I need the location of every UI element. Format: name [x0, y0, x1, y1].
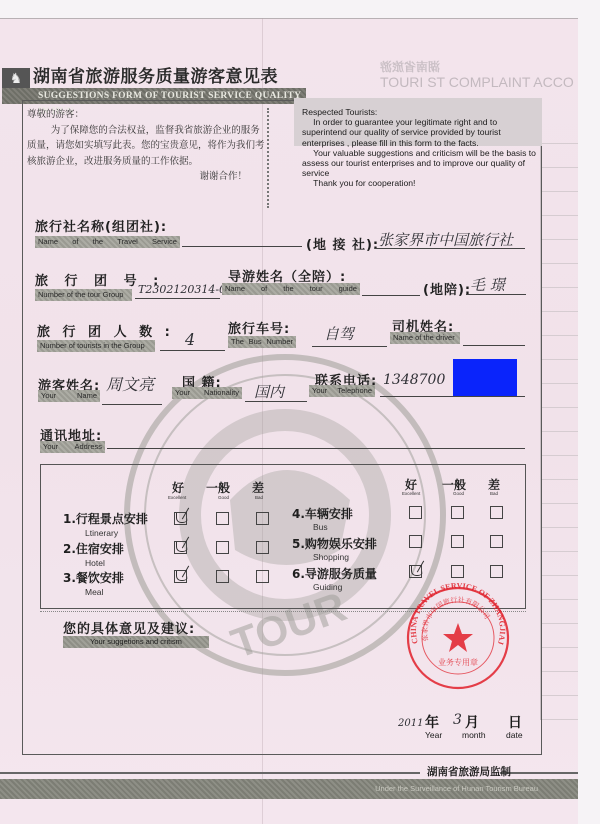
date-year-label-en: Year: [425, 730, 442, 740]
intro-chinese: 尊敬的游客： 为了保障您的合法权益，监督我省旅游企业的服务质量，请您如实填写此表…: [27, 107, 267, 185]
suggestions-label: 您的具体意见及建议:: [63, 618, 195, 637]
date-month-label: 月: [465, 712, 479, 732]
tour-group-number-label-en: Number of the tour Group: [35, 289, 132, 301]
tour-guide-label-en: Nameofthetourguide: [222, 283, 360, 295]
eval-item-shopping-en: Shopping: [313, 552, 349, 562]
telephone-label-en: YourTelephone: [309, 385, 375, 397]
eval-item-meal-en: Meal: [85, 587, 103, 597]
tour-guide-field[interactable]: [362, 295, 420, 296]
intro-en-thanks: Thank you for cooperation!: [302, 178, 542, 188]
nationality-value[interactable]: 国内: [254, 381, 284, 402]
checkbox-meal-excellent[interactable]: [174, 570, 187, 583]
rating-header-good-en-right: Good: [453, 491, 464, 496]
tourist-name-underline: [102, 404, 162, 405]
address-field[interactable]: [107, 448, 525, 449]
travel-service-field[interactable]: [182, 246, 302, 247]
horse-logo-icon: ♞: [2, 68, 30, 90]
footer-rule-right: [500, 772, 578, 774]
local-agency-label: (地 接 社):: [306, 234, 379, 253]
date-day-label-en: date: [506, 730, 523, 740]
checkbox-meal-bad[interactable]: [256, 570, 269, 583]
travel-service-label: 旅行社名称(组团社):: [35, 216, 167, 235]
checkbox-ltinerary-excellent[interactable]: [174, 512, 187, 525]
eval-item-meal: 3.餐饮安排: [63, 569, 124, 586]
checkbox-ltinerary-bad[interactable]: [256, 512, 269, 525]
tour-group-number-value[interactable]: T2302120314-01: [138, 283, 233, 296]
rating-header-bad-en-right: Bad: [490, 491, 498, 496]
intro-en-salutation: Respected Tourists:: [302, 107, 542, 117]
group-size-value[interactable]: 4: [185, 330, 195, 349]
suggestions-label-en: Your suggetions and critism: [63, 636, 209, 648]
telephone-value[interactable]: 1348700: [383, 372, 445, 388]
rating-header-excellent-left: 好: [172, 479, 184, 496]
rating-header-good-left: 一般: [206, 479, 230, 496]
eval-item-bus: 4.车辆安排: [292, 505, 353, 522]
intro-cn-salutation: 尊敬的游客：: [27, 107, 267, 123]
checkbox-hotel-bad[interactable]: [256, 541, 269, 554]
checkbox-ltinerary-good[interactable]: [216, 512, 229, 525]
travel-service-label-en: NameoftheTravelService: [35, 236, 180, 248]
form-title: 湖南省旅游服务质量游客意见表: [33, 62, 278, 87]
checkbox-guiding-good[interactable]: [451, 565, 464, 578]
driver-name-field[interactable]: [463, 345, 525, 346]
group-size-label-en: Number of tourists in the Group: [37, 340, 155, 352]
local-agency-value[interactable]: 张家界市中国旅行社: [378, 229, 513, 250]
intro-divider: [267, 108, 269, 208]
nationality-underline: [245, 401, 307, 402]
eval-item-hotel-en: Hotel: [85, 558, 105, 568]
checkbox-hotel-excellent[interactable]: [174, 541, 187, 554]
checkbox-bus-excellent[interactable]: [409, 506, 422, 519]
eval-item-shopping: 5.购物娱乐安排: [292, 535, 377, 552]
back-page-ghost-subtitle: TOURI ST COMPLAINT ACCO: [380, 74, 574, 90]
checkbox-meal-good[interactable]: [216, 570, 229, 583]
suggestions-field[interactable]: [215, 640, 395, 710]
rating-header-excellent-en-right: Excellent: [402, 491, 420, 496]
bus-number-label-en: TheBusNumber: [228, 336, 296, 348]
checkbox-hotel-good[interactable]: [216, 541, 229, 554]
local-guide-value[interactable]: 毛 璟: [470, 274, 505, 295]
driver-name-label-en: Name of the driver: [390, 332, 460, 344]
intro-cn-thanks: 谢谢合作！: [27, 169, 267, 185]
footer-supervisor-en: Under the Surveillance of Hunan Tourism …: [0, 779, 578, 799]
local-guide-underline: [466, 294, 526, 295]
address-label-en: YourAddress: [40, 441, 105, 453]
checkbox-guiding-excellent[interactable]: [409, 565, 422, 578]
footer-supervisor: 湖南省旅游局监制: [427, 764, 511, 779]
eval-item-itinerary-en: Ltinerary: [85, 528, 118, 538]
tourist-name-label-en: YourName: [38, 390, 100, 402]
intro-english: Respected Tourists: In order to guarante…: [302, 107, 542, 189]
svg-text:业务专用章: 业务专用章: [438, 657, 478, 667]
local-guide-label: (地陪):: [423, 279, 471, 298]
intro-en-body-1: In order to guarantee your legitimate ri…: [302, 117, 542, 148]
checkbox-shopping-excellent[interactable]: [409, 535, 422, 548]
eval-item-guiding: 6.导游服务质量: [292, 565, 377, 582]
rating-header-bad-left: 差: [252, 479, 264, 496]
back-page-ghost-title: 湖南省旅游: [380, 58, 440, 75]
date-month-label-en: month: [462, 730, 486, 740]
eval-item-guiding-en: Guiding: [313, 582, 342, 592]
footer-rule-left: [0, 772, 420, 774]
checkbox-shopping-bad[interactable]: [490, 535, 503, 548]
checkbox-guiding-bad[interactable]: [490, 565, 503, 578]
company-seal-stamp: CHINA TRAVEL SERVICE OF ZHANGJIAJIE 张家界市…: [403, 583, 513, 693]
group-size-underline: [160, 350, 225, 351]
bus-number-label: 旅行车号:: [228, 318, 290, 337]
bus-number-value[interactable]: 自驾: [324, 323, 354, 344]
tourist-name-value[interactable]: 周文亮: [106, 372, 154, 395]
local-agency-underline: [375, 248, 525, 249]
tour-group-number-underline: [135, 298, 220, 299]
rating-header-good-en-left: Good: [218, 495, 229, 500]
eval-item-hotel: 2.住宿安排: [63, 540, 124, 557]
date-day-label: 日: [508, 712, 522, 732]
telephone-underline: [380, 396, 525, 397]
intro-en-body-2: Your valuable suggestions and criticism …: [302, 148, 542, 179]
checkbox-bus-good[interactable]: [451, 506, 464, 519]
checkbox-bus-bad[interactable]: [490, 506, 503, 519]
bus-number-underline: [312, 346, 387, 347]
date-month-value[interactable]: 3: [453, 712, 462, 728]
rating-header-excellent-en-left: Excellent: [168, 495, 186, 500]
eval-item-itinerary: 1.行程景点安排: [63, 510, 148, 527]
intro-cn-body: 为了保障您的合法权益，监督我省旅游企业的服务质量，请您如实填写此表。您的宝贵意见…: [27, 123, 267, 170]
nationality-label-en: YourNationality: [172, 387, 242, 399]
date-year-label: 年: [425, 712, 439, 732]
eval-item-bus-en: Bus: [313, 522, 328, 532]
date-year-value[interactable]: 2011: [398, 718, 423, 729]
rating-header-bad-en-left: Bad: [255, 495, 263, 500]
group-size-label: 旅 行 团 人 数 :: [37, 321, 174, 340]
telephone-redaction: [453, 359, 517, 396]
back-page-ghost-table: [540, 120, 578, 720]
checkbox-shopping-good[interactable]: [451, 535, 464, 548]
